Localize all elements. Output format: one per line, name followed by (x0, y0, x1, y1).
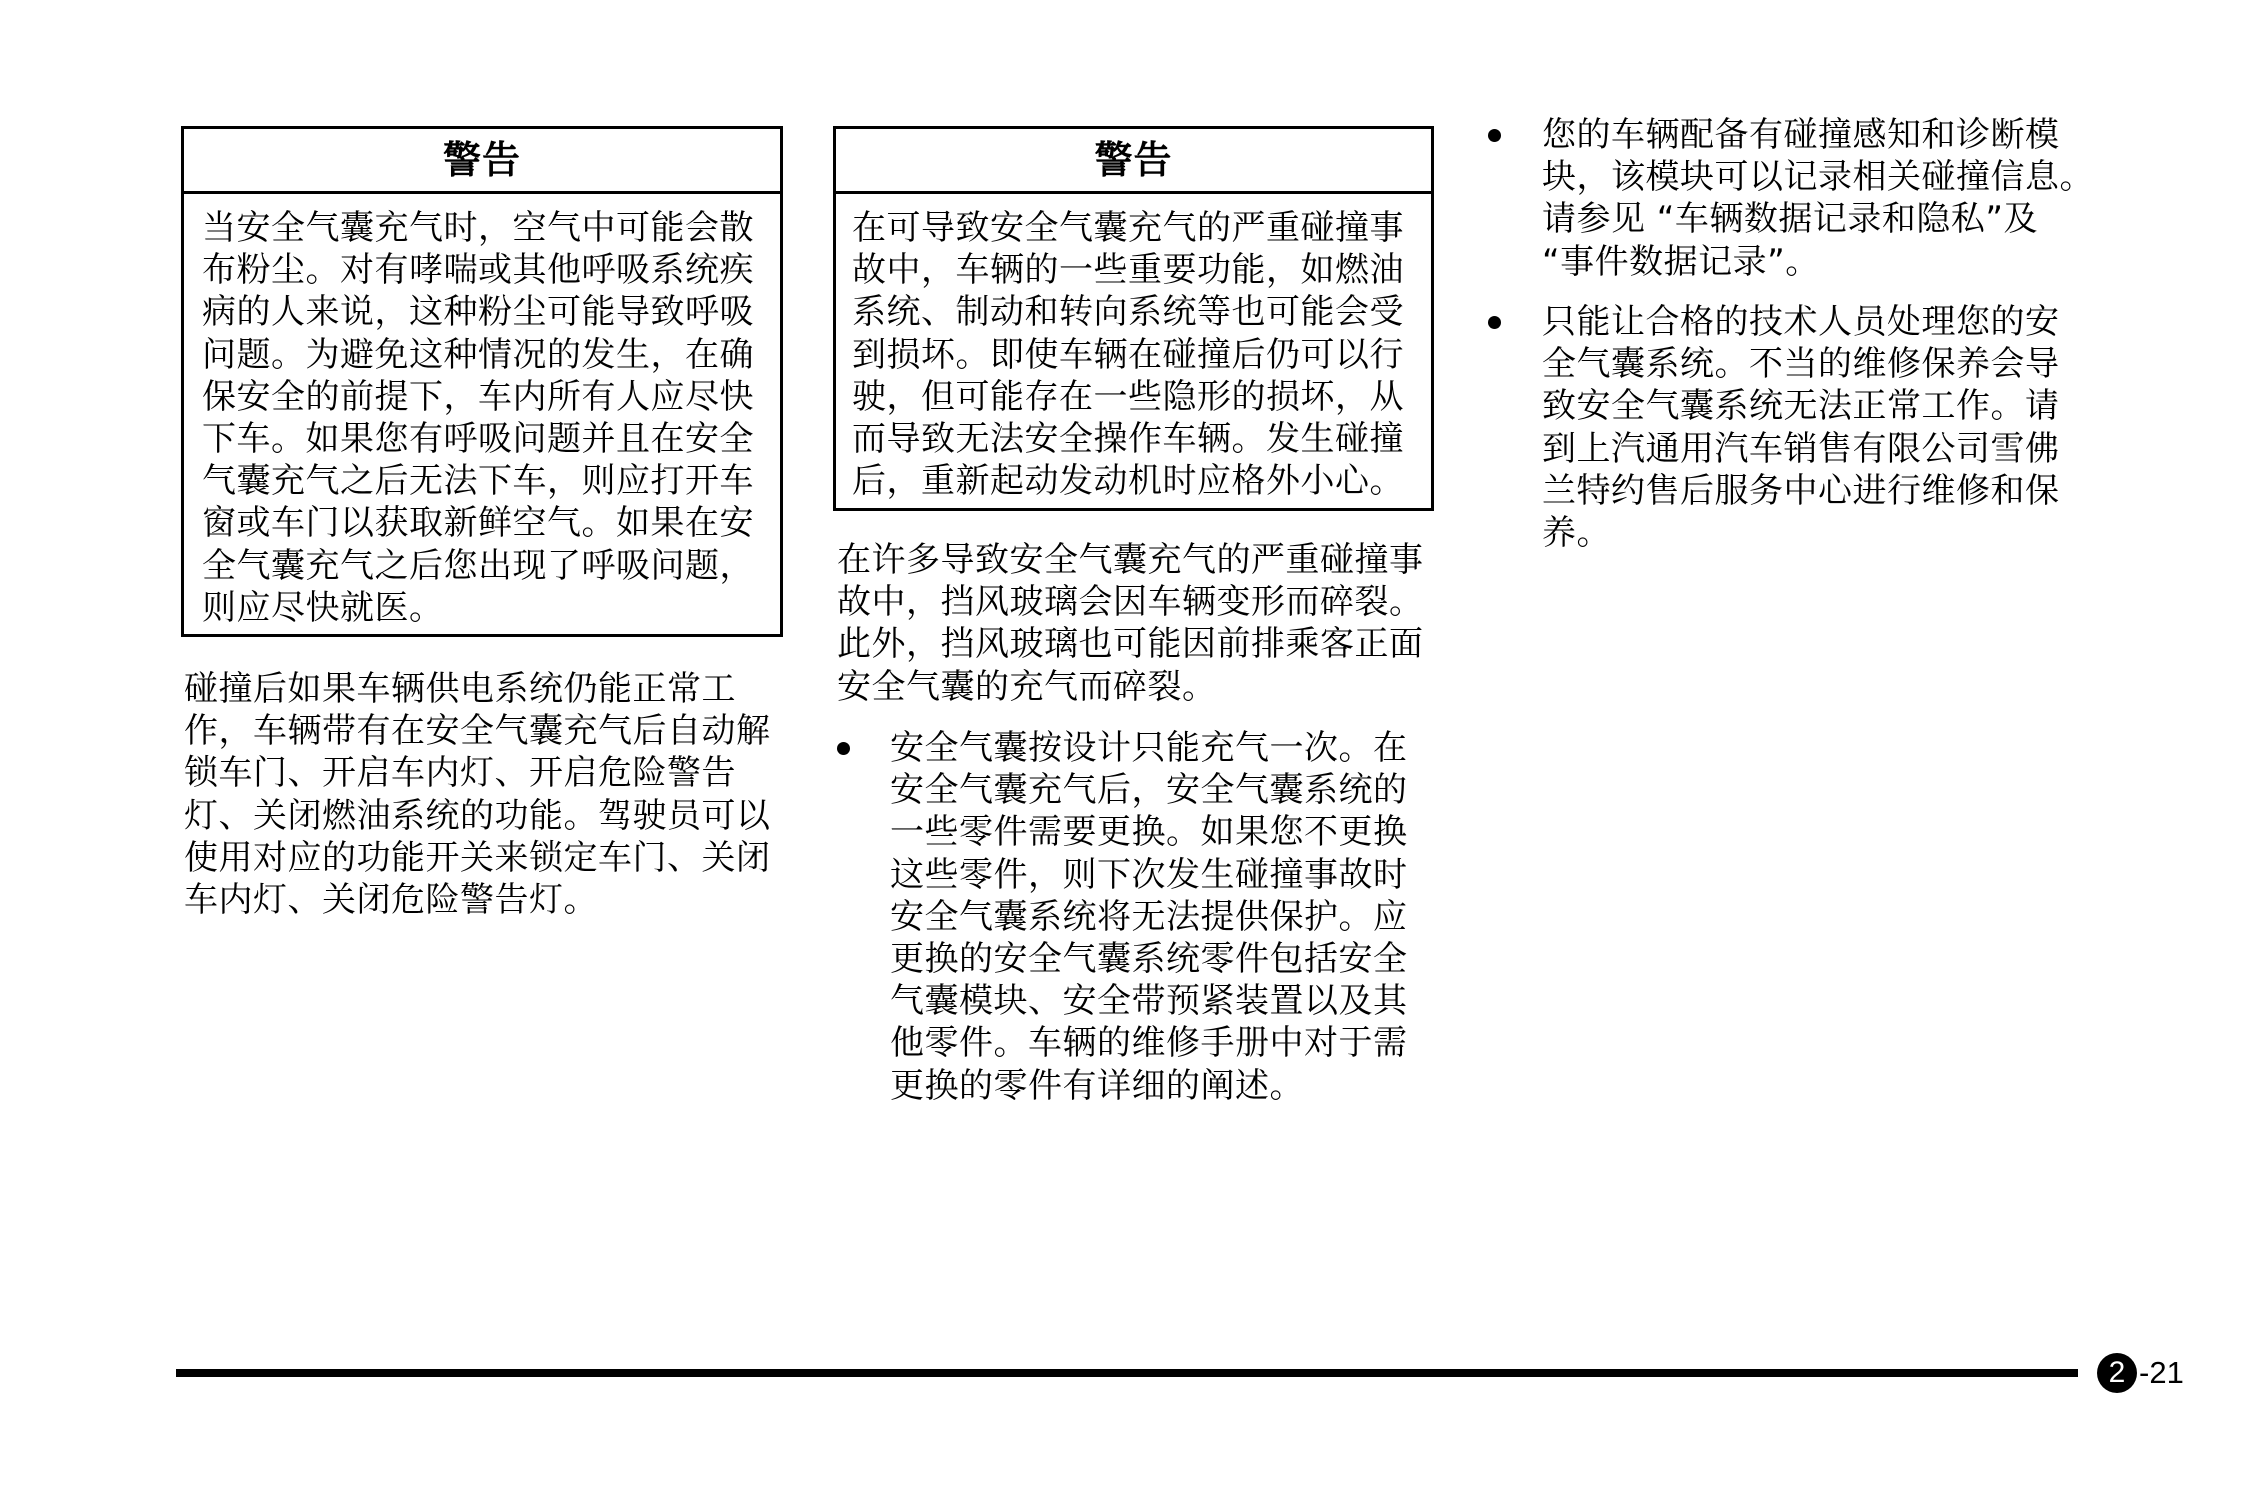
text-line: 安全气囊按设计只能充气一次。在 (890, 727, 1408, 769)
text-line: 更换的零件有详细的阐述。 (890, 1065, 1408, 1107)
text-line: 兰特约售后服务中心进行维修和保 (1542, 470, 2060, 512)
text-line: 养。 (1542, 512, 2060, 554)
bullet-icon (837, 742, 850, 755)
text-line: 到上汽通用汽车销售有限公司雪佛 (1542, 428, 2060, 470)
text-line: 气囊模块、安全带预紧装置以及其 (890, 980, 1408, 1022)
text-line: 气囊充气之后无法下车，则应打开车 (202, 460, 780, 502)
list-item-text: 您的车辆配备有碰撞感知和诊断模 块，该模块可以记录相关碰撞信息。 请参见 “车辆… (1488, 114, 2094, 283)
warning-body: 当安全气囊充气时，空气中可能会散 布粉尘。对有哮喘或其他呼吸系统疾 病的人来说，… (184, 194, 780, 629)
text-line: 请参见 “车辆数据记录和隐私”及 (1542, 198, 2094, 240)
text-line: 您的车辆配备有碰撞感知和诊断模 (1542, 114, 2094, 156)
paragraph-power-system: 碰撞后如果车辆供电系统仍能正常工 作，车辆带有在安全气囊充气后自动解 锁车门、开… (184, 668, 771, 921)
page-number: -21 (2139, 1353, 2184, 1393)
text-line: 布粉尘。对有哮喘或其他呼吸系统疾 (202, 249, 780, 291)
text-line: 安全气囊充气后，安全气囊系统的 (890, 769, 1408, 811)
list-item-text: 只能让合格的技术人员处理您的安 全气囊系统。不当的维修保养会导 致安全气囊系统无… (1488, 301, 2060, 554)
text-line: 此外，挡风玻璃也可能因前排乘客正面 (837, 623, 1424, 665)
warning-body: 在可导致安全气囊充气的严重碰撞事 故中，车辆的一些重要功能，如燃油 系统、制动和… (836, 194, 1431, 502)
warning-box-dust: 警告 当安全气囊充气时，空气中可能会散 布粉尘。对有哮喘或其他呼吸系统疾 病的人… (181, 126, 783, 637)
text-line: 则应尽快就医。 (202, 587, 780, 629)
text-line: 作，车辆带有在安全气囊充气后自动解 (184, 710, 771, 752)
text-line: 安全气囊系统将无法提供保护。应 (890, 896, 1408, 938)
list-item-text: 安全气囊按设计只能充气一次。在 安全气囊充气后，安全气囊系统的 一些零件需要更换… (837, 727, 1408, 1107)
text-line: 故中，挡风玻璃会因车辆变形而碎裂。 (837, 581, 1424, 623)
text-line: 后，重新起动发动机时应格外小心。 (852, 460, 1431, 502)
list-item-crash-sensing-module: 您的车辆配备有碰撞感知和诊断模 块，该模块可以记录相关碰撞信息。 请参见 “车辆… (1488, 114, 2094, 283)
bullet-icon (1488, 316, 1501, 329)
text-line: 块，该模块可以记录相关碰撞信息。 (1542, 156, 2094, 198)
text-line: 车内灯、关闭危险警告灯。 (184, 879, 771, 921)
paragraph-windshield: 在许多导致安全气囊充气的严重碰撞事 故中，挡风玻璃会因车辆变形而碎裂。 此外，挡… (837, 539, 1424, 708)
text-line: 致安全气囊系统无法正常工作。请 (1542, 385, 2060, 427)
text-line: 碰撞后如果车辆供电系统仍能正常工 (184, 668, 771, 710)
text-line: 下车。如果您有呼吸问题并且在安全 (202, 418, 780, 460)
text-line: 病的人来说，这种粉尘可能导致呼吸 (202, 291, 780, 333)
text-line: 保安全的前提下，车内所有人应尽快 (202, 376, 780, 418)
text-line: 问题。为避免这种情况的发生，在确 (202, 334, 780, 376)
text-line: 全气囊系统。不当的维修保养会导 (1542, 343, 2060, 385)
text-line: 这些零件，则下次发生碰撞事故时 (890, 854, 1408, 896)
text-line: 故中，车辆的一些重要功能，如燃油 (852, 249, 1431, 291)
text-line: 使用对应的功能开关来锁定车门、关闭 (184, 837, 771, 879)
chapter-number-badge: 2 (2097, 1353, 2137, 1393)
text-line: 系统、制动和转向系统等也可能会受 (852, 291, 1431, 333)
text-line: 在可导致安全气囊充气的严重碰撞事 (852, 207, 1431, 249)
text-line: 他零件。车辆的维修手册中对于需 (890, 1022, 1408, 1064)
text-line: 在许多导致安全气囊充气的严重碰撞事 (837, 539, 1424, 581)
list-item-airbag-replacement: 安全气囊按设计只能充气一次。在 安全气囊充气后，安全气囊系统的 一些零件需要更换… (837, 727, 1408, 1107)
text-line: 安全气囊的充气而碎裂。 (837, 666, 1424, 708)
text-line: 驶，但可能存在一些隐形的损坏，从 (852, 376, 1431, 418)
warning-box-crash-damage: 警告 在可导致安全气囊充气的严重碰撞事 故中，车辆的一些重要功能，如燃油 系统、… (833, 126, 1434, 511)
text-line: 而导致无法安全操作车辆。发生碰撞 (852, 418, 1431, 460)
bullet-icon (1488, 129, 1501, 142)
text-line: 一些零件需要更换。如果您不更换 (890, 811, 1408, 853)
text-line: 当安全气囊充气时，空气中可能会散 (202, 207, 780, 249)
text-line: 锁车门、开启车内灯、开启危险警告 (184, 752, 771, 794)
footer-divider (176, 1369, 2078, 1377)
text-line: 到损坏。即使车辆在碰撞后仍可以行 (852, 334, 1431, 376)
warning-title: 警告 (184, 129, 780, 194)
warning-title: 警告 (836, 129, 1431, 194)
text-line: 只能让合格的技术人员处理您的安 (1542, 301, 2060, 343)
list-item-qualified-service: 只能让合格的技术人员处理您的安 全气囊系统。不当的维修保养会导 致安全气囊系统无… (1488, 301, 2060, 554)
text-line: 全气囊充气之后您出现了呼吸问题， (202, 545, 780, 587)
text-line: 窗或车门以获取新鲜空气。如果在安 (202, 502, 780, 544)
text-line: “事件数据记录”。 (1542, 241, 2094, 283)
text-line: 更换的安全气囊系统零件包括安全 (890, 938, 1408, 980)
text-line: 灯、关闭燃油系统的功能。驾驶员可以 (184, 795, 771, 837)
